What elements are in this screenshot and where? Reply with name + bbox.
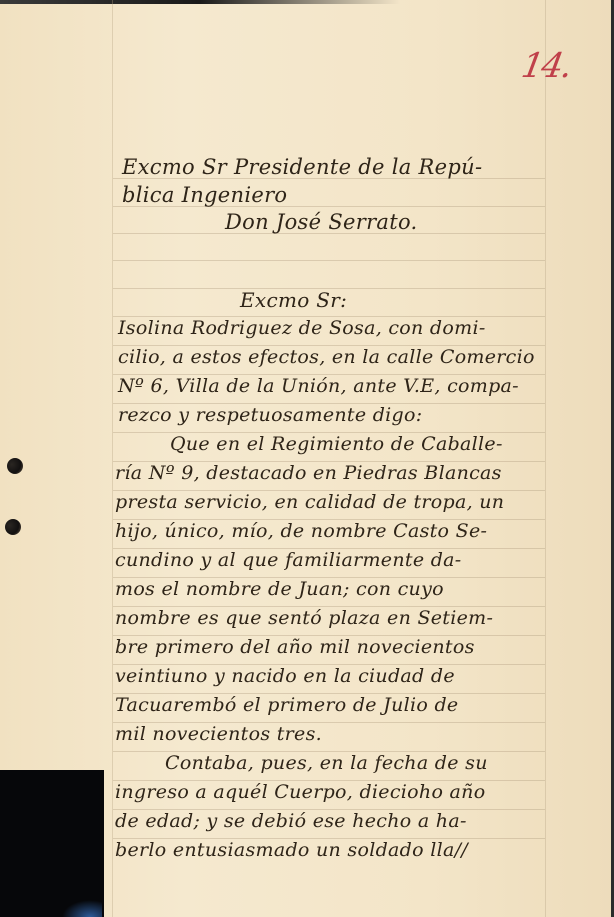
body-line: Tacuarembó el primero de Julio de — [115, 694, 458, 716]
address-line: blica Ingeniero — [122, 183, 287, 207]
body-line: ingreso a aquél Cuerpo, diecioho año — [115, 781, 485, 803]
scan-artifact — [62, 900, 102, 917]
body-line: bre primero del año mil novecientos — [115, 636, 475, 658]
body-line: Nº 6, Villa de la Unión, ante V.E, compa… — [118, 375, 519, 397]
scan-top-edge — [0, 0, 400, 4]
body-line: presta servicio, en calidad de tropa, un — [115, 491, 504, 513]
body-line: mos el nombre de Juan; con cuyo — [115, 578, 444, 600]
body-line: ría Nº 9, destacado en Piedras Blancas — [115, 462, 502, 484]
document-page: 14. Excmo Sr Presidente de la Repú- blic… — [0, 0, 614, 917]
body-line: rezco y respetuosamente digo: — [118, 404, 422, 426]
scan-background-block — [0, 770, 104, 917]
body-line: veintiuno y nacido en la ciudad de — [115, 665, 455, 687]
body-line: nombre es que sentó plaza en Setiem- — [115, 607, 493, 629]
body-line: de edad; y se debió ese hecho a ha- — [115, 810, 467, 832]
ruled-line — [113, 260, 545, 261]
body-line: berlo entusiasmado un soldado lla// — [115, 839, 468, 861]
body-line: cundino y al que familiarmente da- — [115, 549, 462, 571]
salutation: Excmo Sr: — [240, 288, 347, 312]
address-line: Don José Serrato. — [225, 210, 418, 234]
body-line: Isolina Rodriguez de Sosa, con domi- — [118, 317, 486, 339]
body-line: cilio, a estos efectos, en la calle Come… — [118, 346, 535, 368]
punch-hole — [5, 519, 21, 535]
punch-hole — [7, 458, 23, 474]
body-line: Que en el Regimiento de Caballe- — [170, 433, 503, 455]
body-line: Contaba, pues, en la fecha de su — [165, 752, 488, 774]
address-line: Excmo Sr Presidente de la Repú- — [122, 155, 482, 179]
right-margin-line — [545, 0, 546, 917]
body-line: hijo, único, mío, de nombre Casto Se- — [115, 520, 487, 542]
body-line: mil novecientos tres. — [115, 723, 322, 745]
folio-number: 14. — [518, 46, 573, 86]
